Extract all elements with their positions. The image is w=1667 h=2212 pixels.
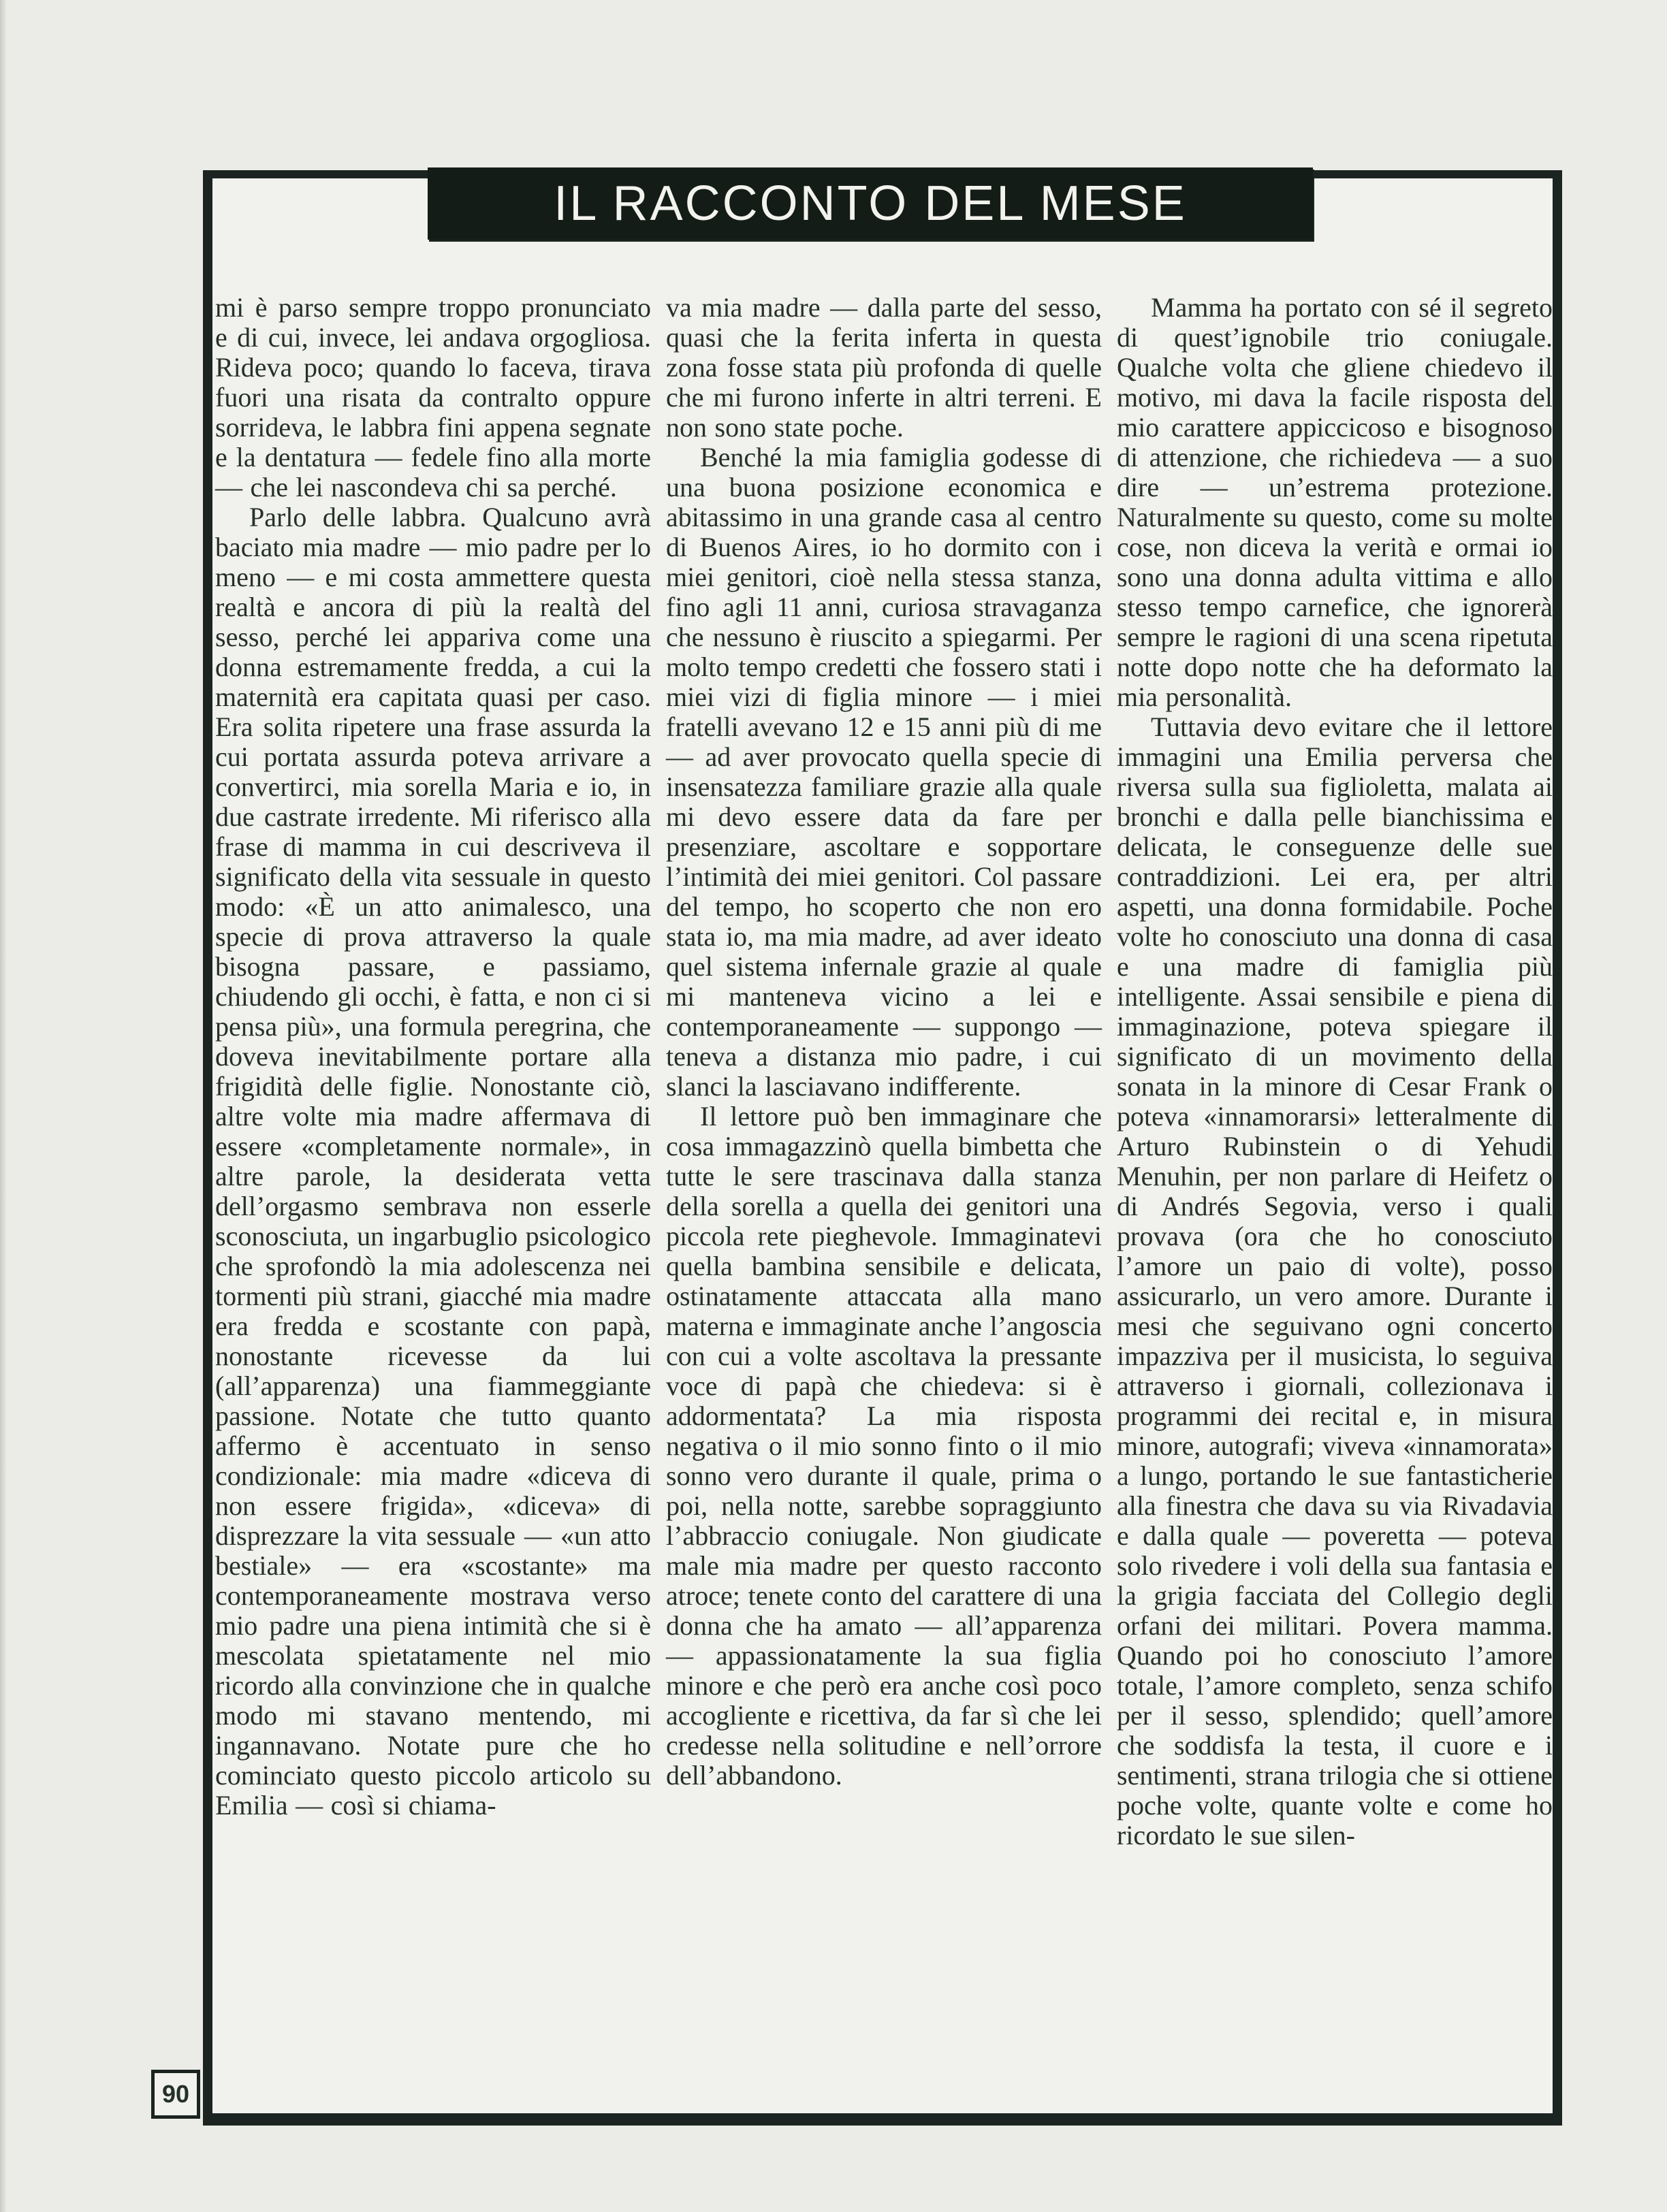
paragraph: Parlo delle labbra. Qualcuno avrà baciat… — [215, 502, 651, 1821]
scan-edge-shadow — [0, 0, 7, 2212]
text-column-3: Mamma ha portato con sé il segreto di qu… — [1117, 293, 1553, 1850]
paragraph: va mia madre — dalla parte del sesso, qu… — [666, 293, 1102, 443]
magazine-page: { "header": { "title": "IL RACCONTO DEL … — [0, 0, 1667, 2212]
page-number: 90 — [162, 2080, 189, 2109]
paragraph: Il lettore può ben immaginare che cosa i… — [666, 1102, 1102, 1791]
article-columns: mi è parso sempre troppo pronunciato e d… — [215, 293, 1553, 1850]
paragraph: Tuttavia devo evitare che il lettore imm… — [1117, 712, 1553, 1850]
paragraph: Benché la mia famiglia godesse di una bu… — [666, 443, 1102, 1102]
text-column-1: mi è parso sempre troppo pronunciato e d… — [215, 293, 651, 1850]
section-header-bar: IL RACCONTO DEL MESE — [428, 167, 1313, 240]
page-number-box: 90 — [151, 2070, 200, 2119]
text-column-2: va mia madre — dalla parte del sesso, qu… — [666, 293, 1102, 1850]
section-title: IL RACCONTO DEL MESE — [554, 176, 1187, 231]
paragraph: Mamma ha portato con sé il segreto di qu… — [1117, 293, 1553, 712]
paragraph: mi è parso sempre troppo pronunciato e d… — [215, 293, 651, 502]
